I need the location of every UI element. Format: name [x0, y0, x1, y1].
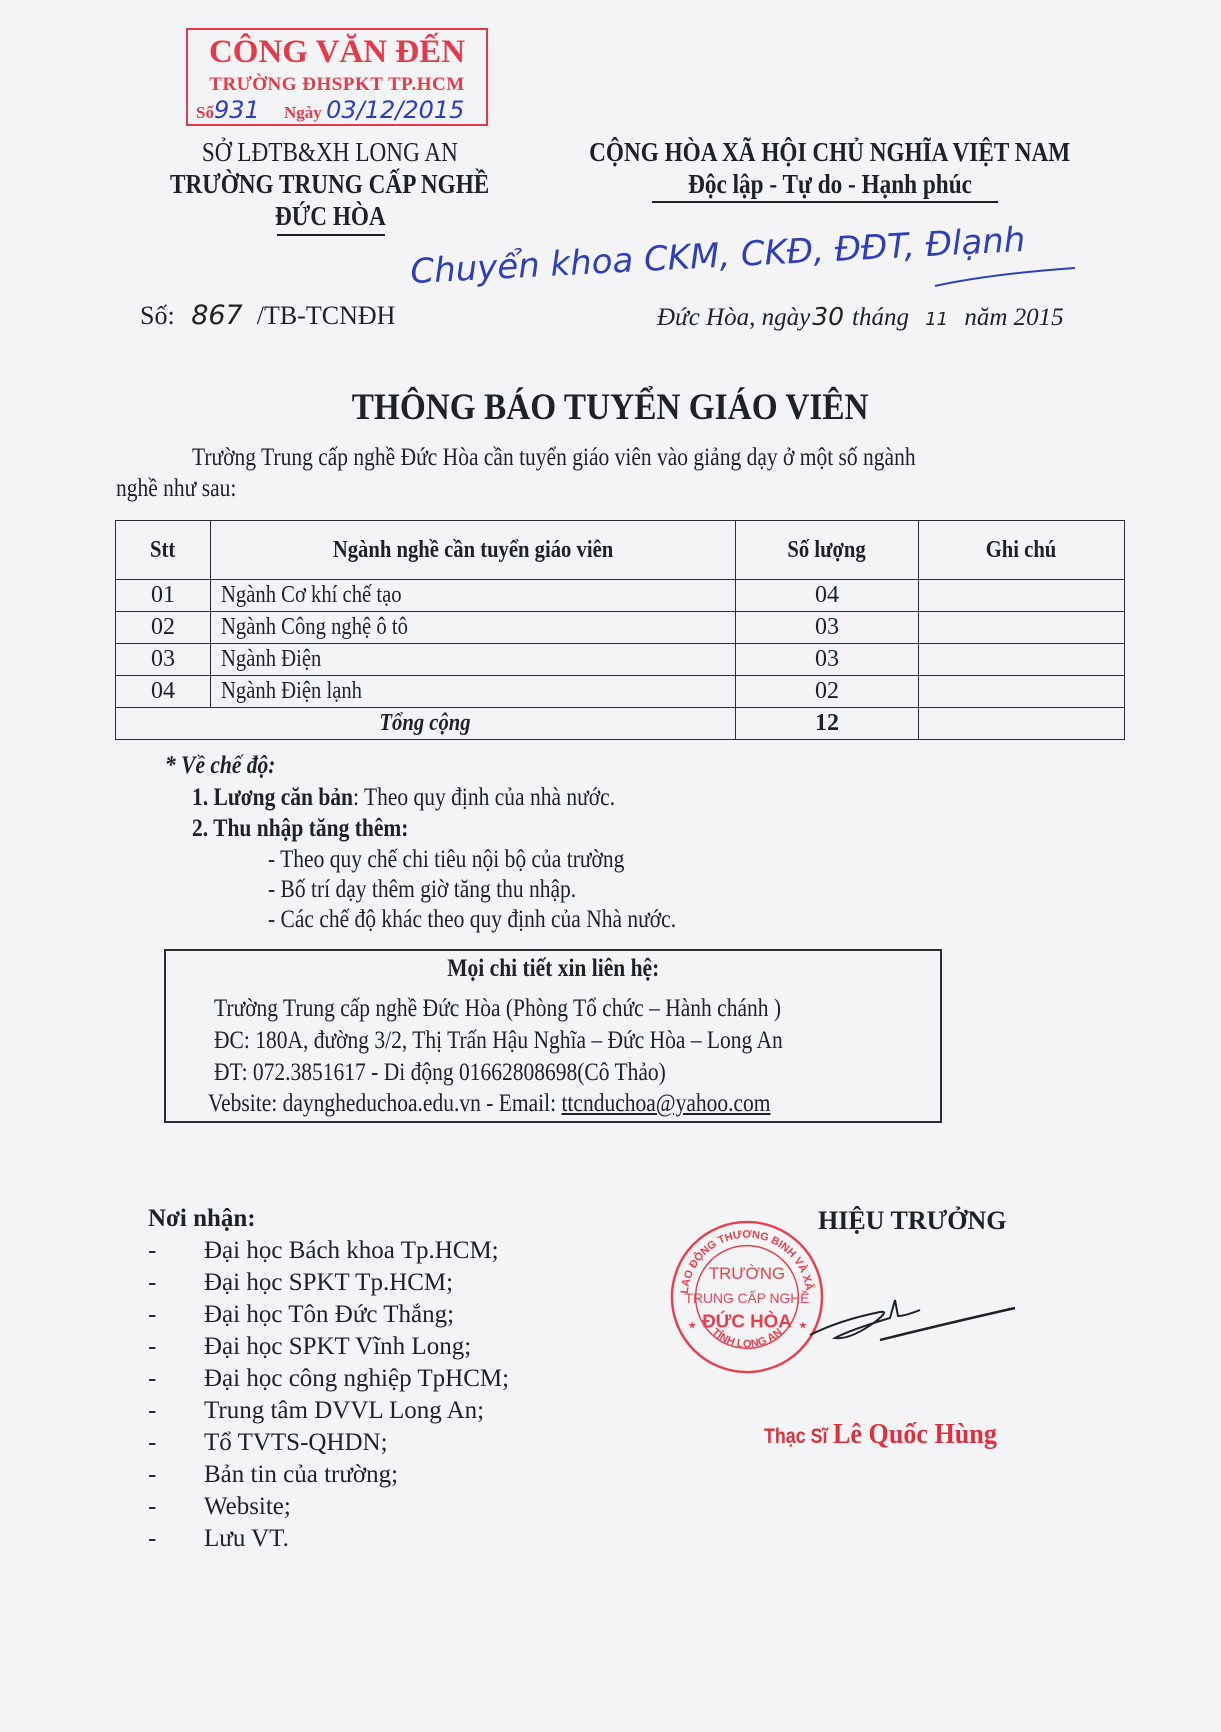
stamp-date: 03/12/2015	[326, 96, 464, 124]
cell-note	[919, 580, 1125, 612]
stamp-number-date: Số931 Ngày 03/12/2015	[196, 96, 464, 124]
svg-text:★: ★	[688, 1321, 697, 1332]
table-total-row: Tổng cộng 12	[116, 708, 1125, 740]
department-name: SỞ LĐTB&XH LONG AN	[202, 136, 458, 168]
date-month: 11	[925, 309, 948, 330]
email-link[interactable]: ttcnduchoa@yahoo.com	[561, 1090, 770, 1117]
recipient-item: -Bản tin của trường;	[148, 1461, 509, 1493]
recipient-item: -Đại học Tôn Đức Thắng;	[148, 1301, 509, 1333]
handwritten-flourish	[930, 246, 1080, 296]
date-day: 30	[812, 302, 844, 331]
document-number-value: 867	[191, 300, 243, 331]
cell-note	[919, 612, 1125, 644]
cell-quantity: 03	[736, 612, 919, 644]
document-title: THÔNG BÁO TUYỂN GIÁO VIÊN	[0, 386, 1221, 429]
intro-line2: nghề như sau:	[116, 475, 256, 503]
table-row: 01 Ngành Cơ khí chế tạo 04	[116, 580, 1125, 612]
table-header-row: Stt Ngành nghề cần tuyển giáo viên Số lư…	[116, 521, 1125, 580]
cell-field: Ngành Điện	[211, 644, 736, 676]
stamp-number: 931	[214, 96, 260, 125]
school-name-line2: ĐỨC HÒA	[275, 200, 386, 232]
svg-text:SỞ LAO ĐỘNG THƯƠNG BINH VÀ XÃ: SỞ LAO ĐỘNG THƯƠNG BINH VÀ XÃ HỘI	[668, 1218, 816, 1297]
table-row: 04 Ngành Điện lạnh 02	[116, 676, 1125, 708]
national-motto: Độc lập - Tự do - Hạnh phúc	[688, 168, 972, 200]
signature-scribble	[780, 1290, 1020, 1370]
recipient-item: -Website;	[148, 1493, 509, 1525]
table-row: 02 Ngành Công nghệ ô tô 03	[116, 612, 1125, 644]
cell-quantity: 03	[736, 644, 919, 676]
cell-stt: 01	[116, 580, 211, 612]
benefits-heading: * Về chế độ:	[165, 752, 293, 780]
intro-line1: Trường Trung cấp nghề Đức Hòa cần tuyển …	[192, 444, 1033, 472]
place-date: Đức Hòa, ngày30tháng 11 năm 2015	[657, 302, 1064, 332]
cell-field: Ngành Công nghệ ô tô	[211, 612, 736, 644]
recipient-item: -Lưu VT.	[148, 1525, 509, 1557]
recipients: Nơi nhận: -Đại học Bách khoa Tp.HCM; -Đạ…	[148, 1205, 509, 1557]
benefit-sub-item: - Theo quy chế chi tiêu nội bộ của trườn…	[268, 846, 682, 874]
table-row: 03 Ngành Điện 03	[116, 644, 1125, 676]
incoming-document-stamp: CÔNG VĂN ĐẾN TRƯỜNG ĐHSPKT TP.HCM Số931 …	[186, 28, 488, 126]
school-name-line1: TRƯỜNG TRUNG CẤP NGHỀ	[170, 168, 489, 200]
cell-note	[919, 644, 1125, 676]
recipient-item: -Đại học Bách khoa Tp.HCM;	[148, 1237, 509, 1269]
recipient-item: -Tổ TVTS-QHDN;	[148, 1429, 509, 1461]
benefit-sub-item: - Các chế độ khác theo quy định của Nhà …	[268, 906, 743, 934]
recruitment-table: Stt Ngành nghề cần tuyển giáo viên Số lư…	[115, 520, 1125, 740]
header-field: Ngành nghề cần tuyển giáo viên	[211, 521, 736, 580]
signer-name: Thạc Sĩ Lê Quốc Hùng	[764, 1418, 1015, 1451]
cell-field: Ngành Điện lạnh	[211, 676, 736, 708]
benefit-item-1: 1. Lương căn bản: Theo quy định của nhà …	[192, 784, 684, 812]
header-left: SỞ LĐTB&XH LONG AN TRƯỜNG TRUNG CẤP NGHỀ…	[140, 136, 520, 232]
signer-role: HIỆU TRƯỞNG	[818, 1206, 1007, 1236]
cell-quantity: 04	[736, 580, 919, 612]
recipient-item: -Đại học công nghiệp TpHCM;	[148, 1365, 509, 1397]
contact-web-email: Vebsite: dayngheduchoa.edu.vn - Email: t…	[208, 1090, 862, 1118]
total-note	[919, 708, 1125, 740]
recipient-item: -Đại học SPKT Vĩnh Long;	[148, 1333, 509, 1365]
stamp-title: CÔNG VĂN ĐẾN	[188, 34, 486, 71]
benefit-item-2: 2. Thu nhập tăng thêm:	[192, 815, 444, 843]
recipients-heading: Nơi nhận:	[148, 1205, 509, 1237]
total-label: Tổng cộng	[116, 708, 736, 740]
total-value: 12	[736, 708, 919, 740]
document-number: Số: 867/TB-TCNĐH	[140, 300, 395, 331]
header-stt: Stt	[116, 521, 211, 580]
benefit-sub-item: - Bố trí dạy thêm giờ tăng thu nhập.	[268, 876, 626, 904]
cell-stt: 04	[116, 676, 211, 708]
contact-school: Trường Trung cấp nghề Đức Hòa (Phòng Tổ …	[214, 995, 873, 1023]
svg-text:ĐỨC HÒA: ĐỨC HÒA	[702, 1311, 792, 1332]
header-note: Ghi chú	[919, 521, 1125, 580]
header-right-underline	[652, 201, 998, 203]
contact-box: Mọi chi tiết xin liên hệ: Trường Trung c…	[164, 949, 942, 1123]
contact-heading: Mọi chi tiết xin liên hệ:	[166, 955, 940, 983]
cell-field: Ngành Cơ khí chế tạo	[211, 580, 736, 612]
recipient-item: -Trung tâm DVVL Long An;	[148, 1397, 509, 1429]
contact-phone: ĐT: 072.3851617 - Di động 01662808698(Cô…	[214, 1059, 739, 1087]
national-title: CỘNG HÒA XÃ HỘI CHỦ NGHĨA VIỆT NAM	[589, 136, 1070, 168]
contact-address: ĐC: 180A, đường 3/2, Thị Trấn Hậu Nghĩa …	[214, 1027, 875, 1055]
header-left-underline	[277, 234, 385, 236]
header-right: CỘNG HÒA XÃ HỘI CHỦ NGHĨA VIỆT NAM Độc l…	[530, 136, 1130, 200]
recipient-item: -Đại học SPKT Tp.HCM;	[148, 1269, 509, 1301]
cell-quantity: 02	[736, 676, 919, 708]
stamp-org: TRƯỜNG ĐHSPKT TP.HCM	[188, 74, 486, 96]
cell-stt: 02	[116, 612, 211, 644]
header-quantity: Số lượng	[736, 521, 919, 580]
svg-text:TRƯỜNG: TRƯỜNG	[709, 1264, 785, 1283]
cell-note	[919, 676, 1125, 708]
cell-stt: 03	[116, 644, 211, 676]
